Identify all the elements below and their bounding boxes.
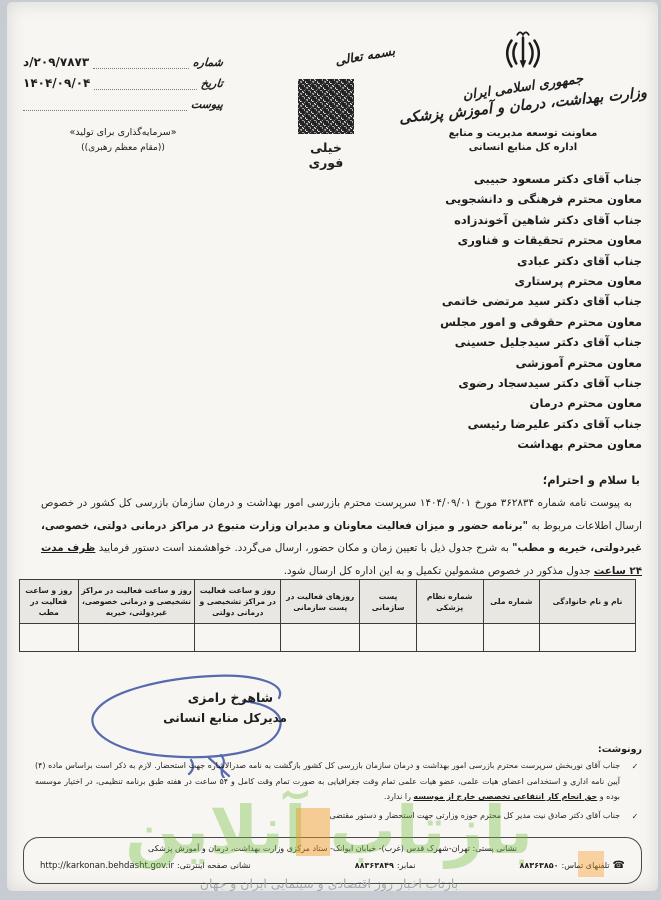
table-header-cell: روزهای فعالیت در پست سازمانی [281,580,360,624]
recipient-title: معاون محترم تحقیقات و فناوری [440,230,642,250]
copy-text: را ندارد. [384,792,413,801]
table-header-cell: روز و ساعت فعالیت در مراکز تشخیصی و درما… [195,580,281,624]
table-header-row: نام و نام خانوادگی شماره ملی شماره نظام … [20,580,636,624]
copy-bold-clause: حق انجام کار انتفاعی تخصصی خارج از موسسه [413,792,597,801]
table-empty-cell [416,624,483,652]
signature-title: مدیرکل منابع انسانی [163,711,287,725]
slogan-attribution: ((مقام معظم رهبری)) [23,143,223,153]
footer-contact-line: ☎ تلفنهای تماس: ۸۸۳۶۳۸۵۰ نمابر: ۸۸۳۶۳۸۴۹… [40,860,625,871]
phone-label: تلفنهای تماس: [562,861,610,870]
salutation: با سلام و احترام؛ [543,473,640,487]
fax-label: نمابر: [397,861,416,870]
letter-meta: شماره ۲۰۹/۷۸۷۳/د تاریخ ۱۴۰۴/۰۹/۰۴ پیوست … [23,52,223,153]
recipient-name: جناب آقای دکتر شاهین آخوندزاده [440,210,642,230]
table-empty-row [20,624,636,652]
activity-table: نام و نام خانوادگی شماره ملی شماره نظام … [19,579,636,652]
date-label: تاریخ [200,73,224,94]
body-paragraph: به پیوست نامه شماره ۳۶۲۸۳۴ مورخ ۱۴۰۴/۰۹/… [41,492,642,582]
table-header-cell: نام و نام خانوادگی [539,580,635,624]
dotted-leader [93,68,189,69]
fax-group: نمابر: ۸۸۳۶۳۸۴۹ [355,861,416,870]
recipient-name: جناب آقای دکتر سید مرتضی خاتمی [440,291,642,311]
recipient-title: معاون محترم بهداشت [440,434,642,454]
recipient-name: جناب آقای دکتر سیدجلیل حسینی [440,332,642,352]
urgency-label: خیلی فوری [293,140,359,170]
web-group: نشانی صفحه اینترنتی: http://karkonan.beh… [40,861,251,871]
letterhead: جمهوری اسلامی ایران وزارت بهداشت، درمان … [398,28,648,153]
signature-name: شاهرخ رامزی [188,690,273,705]
check-icon: ✓ [628,758,642,805]
slogan: «سرمایه‌گذاری برای تولید» [23,127,223,138]
meta-row-date: تاریخ ۱۴۰۴/۰۹/۰۴ [23,73,223,94]
dotted-leader [23,110,187,111]
letter-paper: جمهوری اسلامی ایران وزارت بهداشت، درمان … [7,2,658,891]
deputy-line: معاونت توسعه مدیریت و منابع [398,128,648,139]
attachment-label: پیوست [190,94,224,115]
check-icon: ✓ [628,808,642,825]
table-header-cell: روز و ساعت فعالیت در مطب [20,580,79,624]
recipient-title: معاون محترم آموزشی [440,353,642,373]
recipient-name: جناب آقای دکتر سیدسجاد رضوی [440,373,642,393]
table-header-cell: شماره ملی [483,580,539,624]
number-value: ۲۰۹/۷۸۷۳/د [23,52,89,73]
recipient-title: معاون محترم پرستاری [440,271,642,291]
recipient-name: جناب آقای دکتر عبادی [440,251,642,271]
footer-box: نشانی پستی: تهران-شهرک قدس (غرب)- خیابان… [23,837,642,884]
meta-row-number: شماره ۲۰۹/۷۸۷۳/د [23,52,223,73]
table-header-cell: پست سازمانی [360,580,416,624]
scanned-letter-page: { "letterhead": { "republic_title": "جمه… [0,0,661,900]
recipient-title: معاون محترم حقوقی و امور مجلس [440,312,642,332]
recipient-title: معاون محترم درمان [440,393,642,413]
besmele: بسمه تعالی [324,41,405,70]
copy-item-text: جناب آقای نوربخش سرپرست محترم بازرسی امو… [35,758,620,805]
phone-group: ☎ تلفنهای تماس: ۸۸۳۶۳۸۵۰ [519,860,625,871]
table-empty-cell [20,624,79,652]
table-empty-cell [281,624,360,652]
footer-address: نشانی پستی: تهران-شهرک قدس (غرب)- خیابان… [40,844,625,853]
meta-row-attachment: پیوست [23,94,223,115]
dotted-leader [94,89,197,90]
recipient-name: جناب آقای دکتر علیرضا رئیسی [440,414,642,434]
web-label: نشانی صفحه اینترنتی: [177,861,251,870]
body-text: به شرح جدول ذیل با تعیین زمان و مکان حضو… [95,542,512,554]
telephone-icon: ☎ [613,860,625,871]
date-value: ۱۴۰۴/۰۹/۰۴ [23,73,90,94]
table-header-cell: شماره نظام پزشکی [416,580,483,624]
table-header-cell: روز و ساعت فعالیت در مراکز تشخیصی و درما… [78,580,195,624]
number-label: شماره [192,52,224,73]
fax-value: ۸۸۳۶۳۸۴۹ [355,861,394,870]
recipient-name: جناب آقای دکتر مسعود حبیبی [440,169,642,189]
table-empty-cell [539,624,635,652]
copies-section: رونوشت: ✓ جناب آقای نوربخش سرپرست محترم … [35,744,642,827]
copy-item: ✓ جناب آقای دکتر صادق نیت مدیر کل محترم … [35,808,642,825]
office-line: اداره کل منابع انسانی [398,142,648,153]
iran-emblem-icon [500,28,546,78]
body-text: جدول مذکور در خصوص مشمولین تکمیل و به ای… [284,565,594,577]
table-empty-cell [483,624,539,652]
phone-value: ۸۸۳۶۳۸۵۰ [519,861,558,870]
copy-item: ✓ جناب آقای نوربخش سرپرست محترم بازرسی ا… [35,758,642,805]
table-empty-cell [360,624,416,652]
recipients-list: جناب آقای دکتر مسعود حبیبی معاون محترم ف… [440,169,642,455]
recipient-title: معاون محترم فرهنگی و دانشجویی [440,189,642,209]
copy-item-text: جناب آقای دکتر صادق نیت مدیر کل محترم حو… [329,808,620,825]
copies-label: رونوشت: [35,744,642,755]
web-value: http://karkonan.behdasht.gov.ir [40,861,174,871]
secretariat-barcode-stamp [298,79,354,134]
table-empty-cell [195,624,281,652]
table-empty-cell [78,624,195,652]
